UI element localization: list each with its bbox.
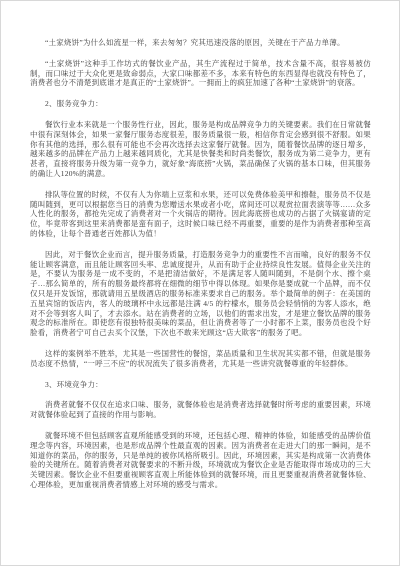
document-body: “土家烧饼”为什么如流星一样，来去匆匆？究其迅速没落的原因，关键在于产品力单薄。…: [30, 38, 371, 490]
section-heading-environment: 3、环境竞争力：: [30, 380, 371, 390]
paragraph-case-examples: 这样的案例举不胜举，尤其是一些国营性的餐馆，菜品质量和卫生状况其实都不错，但就是…: [30, 349, 371, 369]
paragraph-dining-experience: 消费者就餐不仅仅在追求口味、服务，就餐体验也是消费者选择就餐时所考虑的重要因素，…: [30, 400, 371, 420]
document-page: “土家烧饼”为什么如流星一样，来去匆匆？究其迅速没落的原因，关键在于产品力单薄。…: [0, 0, 400, 566]
section-heading-service: 2、服务竞争力：: [30, 99, 371, 109]
paragraph-haidilao-experience: 排队等位置的时候，不仅有人为你端上豆浆和水果，还可以免费体验美甲和擦鞋，服务员不…: [30, 190, 371, 239]
paragraph-service-industry: 餐饮行业本来就是一个服务性行业，因此，服务是构成品牌竞争力的关键要素。我们在日常…: [30, 120, 371, 179]
paragraph-environment-factors: 就餐环境不但包括顾客直观所能感受到的环境，还包括心理、精神的体验，如能感受的品牌…: [30, 431, 371, 490]
paragraph-product-weakness: “土家烧饼”这种手工作坊式的餐饮业产品，其生产流程过于简单，技术含量不高，很容易…: [30, 59, 371, 88]
paragraph-intro: “土家烧饼”为什么如流星一样，来去匆匆？究其迅速没落的原因，关键在于产品力单薄。: [30, 38, 371, 48]
paragraph-service-standard: 因此，对于餐饮企业而言，提升服务质量，打造服务竞争力的重要性不言而喻，良好的服务…: [30, 250, 371, 338]
